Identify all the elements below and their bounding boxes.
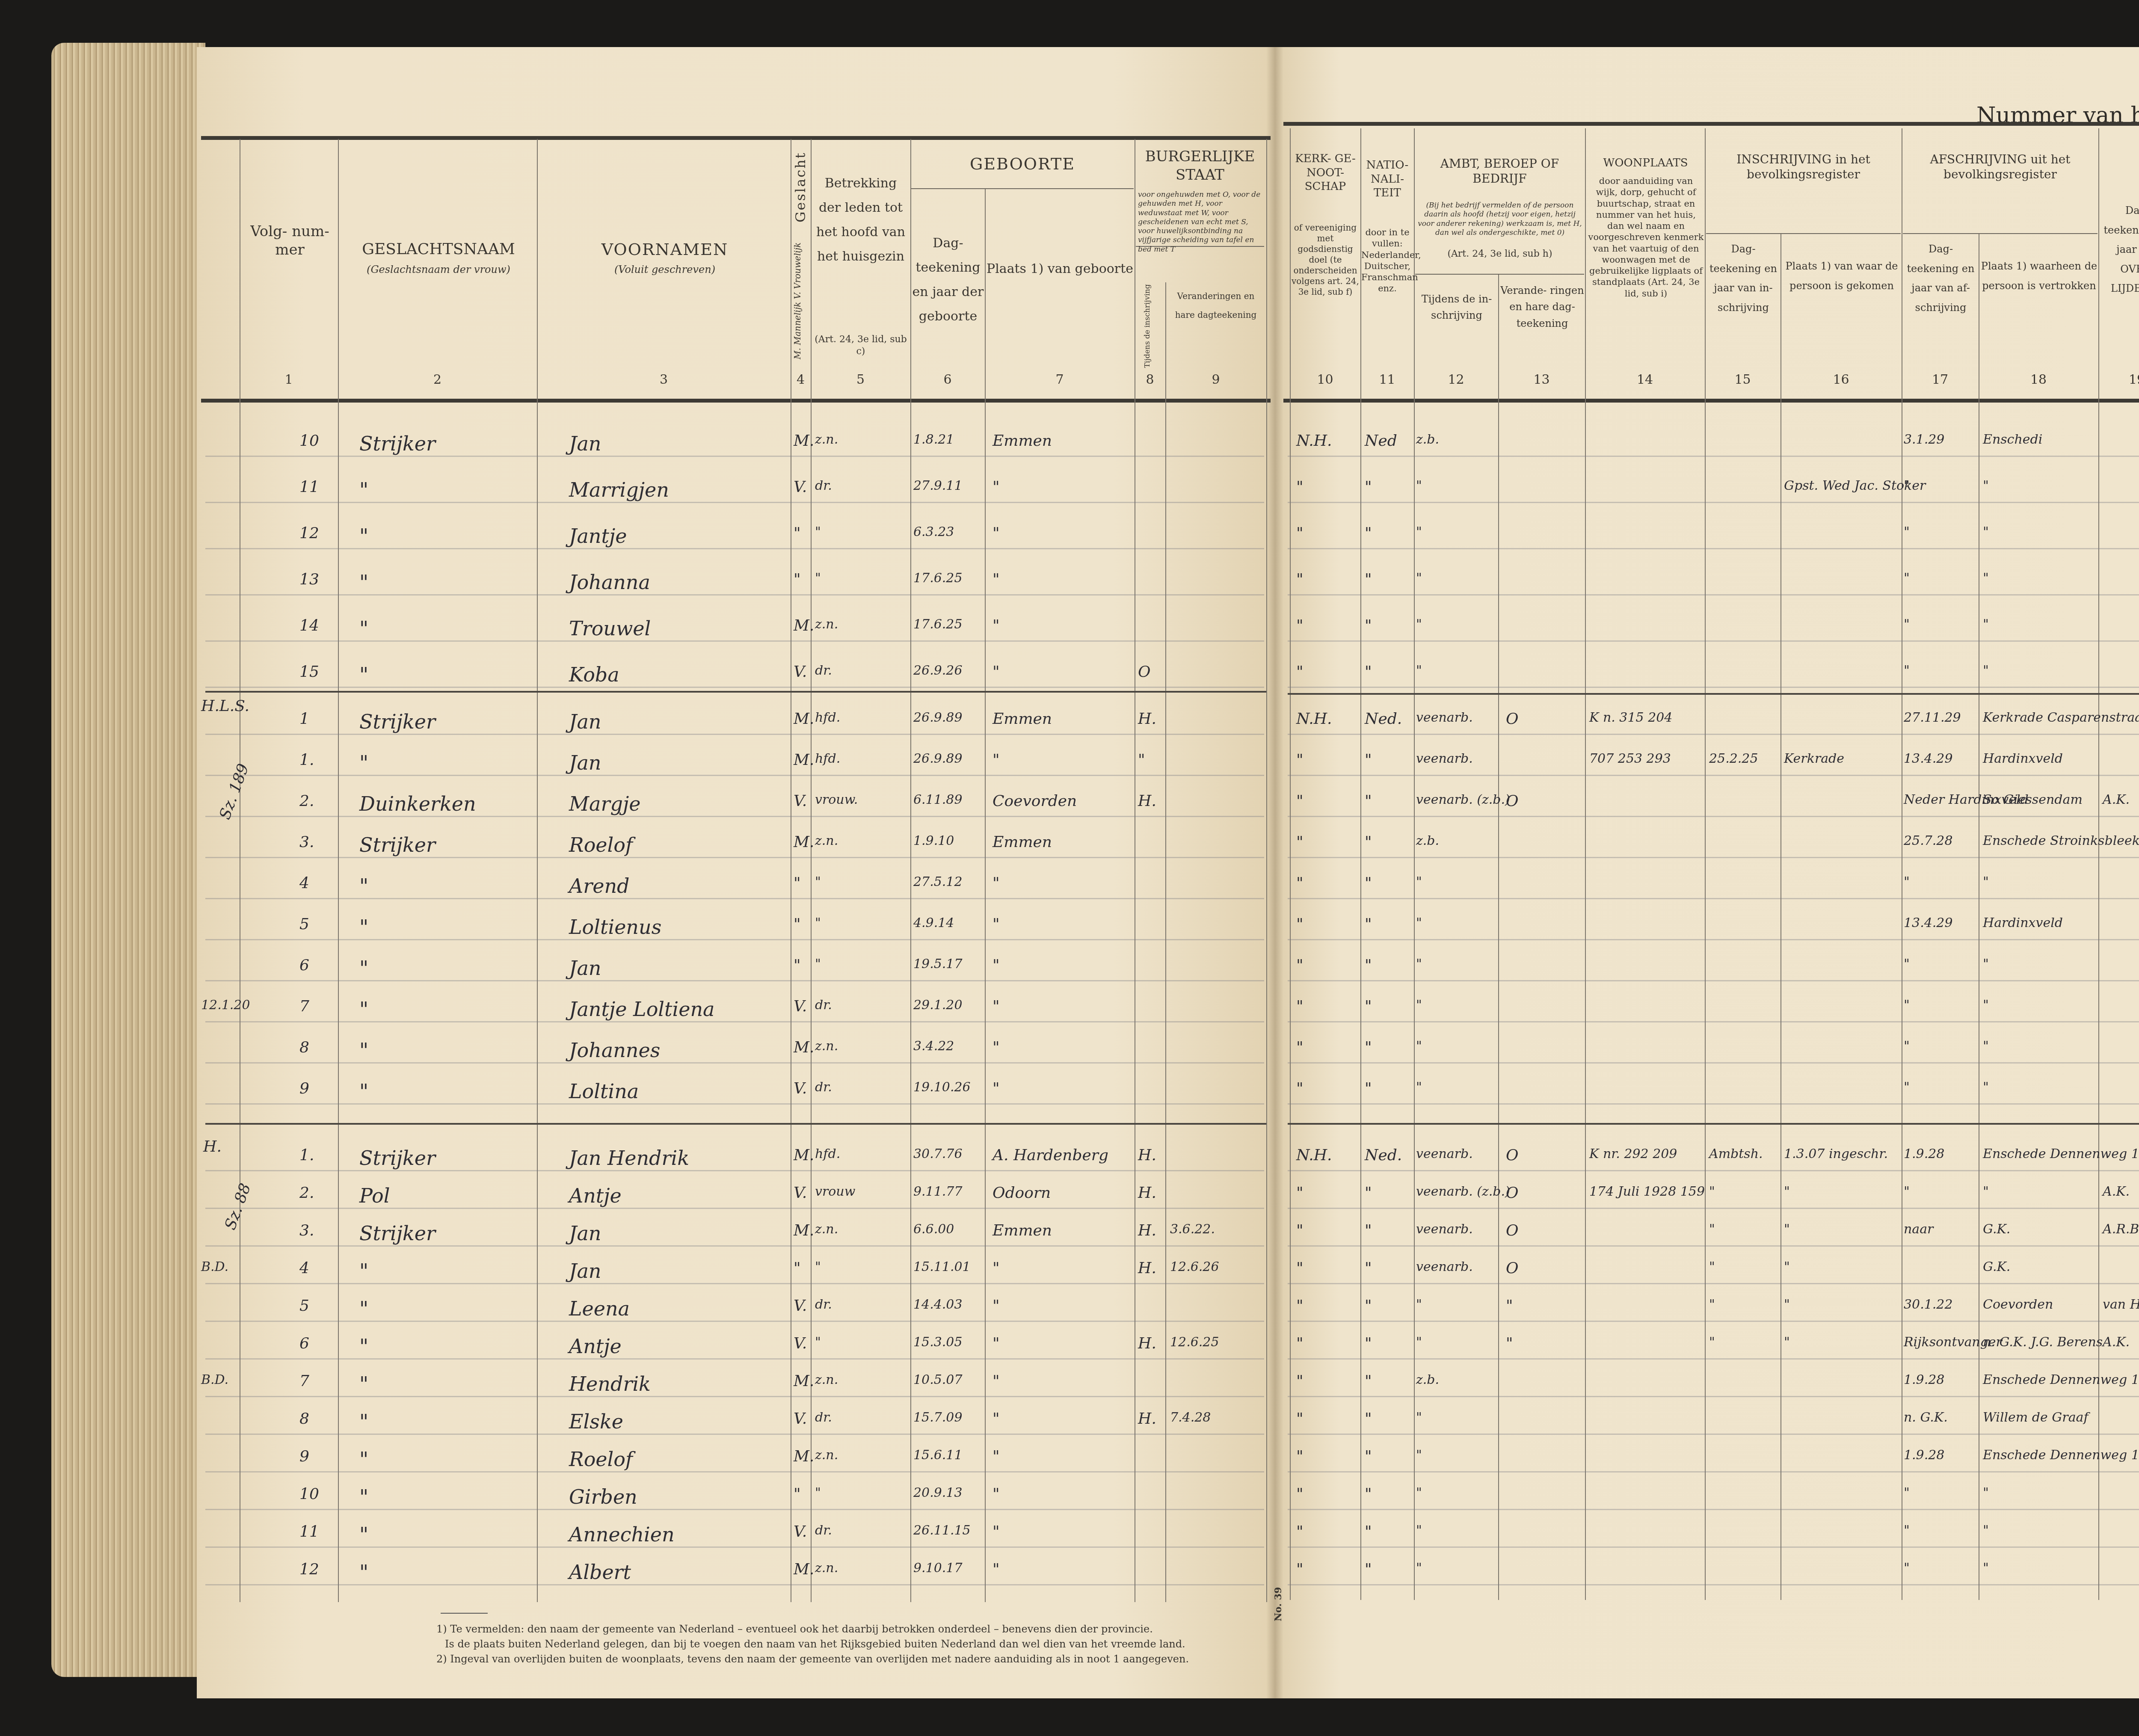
ruled-line: [1288, 1358, 2139, 1360]
cell-bs-ch: 7.4.28: [1170, 1410, 1211, 1425]
cell-voornaam: Jan: [569, 432, 601, 455]
cell-born: 6.11.89: [913, 792, 963, 807]
cell-ambt: ": [1416, 874, 1422, 889]
col3-header: VOORNAMEN: [539, 240, 791, 260]
cell-af-to: ": [1983, 1485, 1989, 1500]
sheet-stamp: No. 39: [1273, 1587, 1284, 1621]
cell-born: 1.8.21: [913, 432, 954, 447]
col-number: 17: [1902, 372, 1979, 387]
ruled-line: [205, 1062, 1264, 1064]
cell-ins-from: ": [1784, 1335, 1790, 1350]
cell-place: ": [992, 1410, 1000, 1428]
col-number: 1: [240, 372, 338, 387]
cell-af-to: ": [1983, 1039, 1989, 1054]
col-number: 19: [2098, 372, 2139, 387]
cell-place: ": [992, 1523, 1000, 1540]
cell-rel: z.n.: [815, 1372, 838, 1387]
cell-rel: dr.: [815, 998, 832, 1013]
col5-header: Betrekking der leden tot het hoofd van h…: [812, 171, 910, 269]
col-number: 5: [811, 372, 910, 387]
cell-born: 6.3.23: [913, 524, 954, 539]
cell-nr: 3.: [299, 1222, 314, 1239]
ruled-line: [205, 734, 1264, 735]
cell-woon: 707 253 293: [1589, 751, 1671, 766]
cell-kerk: ": [1296, 1184, 1304, 1202]
cell-death: van Heutszsingel 35: [2103, 1297, 2139, 1312]
cell-af-date: ": [1904, 1561, 1910, 1576]
cell-voornaam: Jan: [569, 1222, 601, 1245]
ruled-line: [205, 456, 1264, 457]
cell-born: 26.9.26: [913, 663, 963, 678]
margin-note: H.: [203, 1138, 222, 1155]
cell-nr: 10: [299, 1485, 319, 1503]
col-number: 2: [338, 372, 537, 387]
cell-kerk: N.H.: [1296, 432, 1332, 450]
cell-nat: ": [1365, 1372, 1372, 1390]
cell-nr: 7: [299, 1372, 309, 1390]
ruled-line: [1288, 1546, 2139, 1548]
cell-sex: V.: [794, 478, 807, 496]
cell-bs-ch: 12.6.26: [1170, 1259, 1219, 1274]
cell-place: ": [992, 1335, 1000, 1352]
cell-born: 20.9.13: [913, 1485, 963, 1500]
cell-achternaam: Strijker: [359, 432, 436, 455]
cell-nat: ": [1365, 1448, 1372, 1465]
cell-ambt: ": [1416, 1410, 1422, 1425]
cell-ambt: ": [1416, 524, 1422, 539]
cell-af-date: ": [1904, 617, 1910, 632]
cell-af-date: ": [1904, 1485, 1910, 1500]
col16-header: Plaats 1) van waar de persoon is gekomen: [1782, 257, 1902, 296]
cell-ambt: ": [1416, 1523, 1422, 1538]
col1-header: Volg- num- mer: [242, 222, 338, 259]
col-number: 11: [1360, 372, 1414, 387]
cell-kerk: ": [1296, 1222, 1304, 1239]
cell-ambt-ch: O: [1506, 792, 1519, 810]
cell-kerk: ": [1296, 1080, 1304, 1097]
col18-header: Plaats 1) waarheen de persoon is vertrok…: [1980, 257, 2098, 296]
cell-rel: dr.: [815, 478, 832, 493]
cell-nat: Ned.: [1365, 1146, 1402, 1164]
cell-born: 3.4.22: [913, 1039, 954, 1054]
cell-ambt: ": [1416, 915, 1422, 930]
cell-place: ": [992, 915, 1000, 933]
cell-af-date: ": [1904, 874, 1910, 889]
cell-achternaam: Duinkerken: [359, 792, 476, 815]
cell-ambt: ": [1416, 998, 1422, 1013]
cell-voornaam: Jan: [569, 1259, 601, 1283]
cell-rel: hfd.: [815, 710, 840, 725]
cell-ambt: ": [1416, 478, 1422, 493]
col-number: 15: [1705, 372, 1781, 387]
cell-nat: Ned: [1365, 432, 1397, 450]
cell-born: 26.9.89: [913, 710, 963, 725]
inschrijving-group-header: INSCHRIJVING in het bevolkingsregister: [1706, 152, 1901, 182]
cell-rel: z.n.: [815, 1039, 838, 1054]
cell-sex: M.: [794, 1222, 814, 1239]
cell-ins-date: ": [1709, 1184, 1715, 1199]
cell-rel: ": [815, 1485, 821, 1500]
cell-place: ": [992, 1561, 1000, 1578]
cell-af-date: ": [1904, 524, 1910, 539]
cell-nr: 5: [299, 1297, 309, 1315]
cell-bs: O: [1138, 663, 1151, 681]
col-number: 3: [537, 372, 791, 387]
cell-nat: ": [1365, 751, 1372, 769]
cell-ambt: ": [1416, 957, 1422, 972]
cell-nr: 12: [299, 1561, 319, 1578]
cell-kerk: ": [1296, 1259, 1304, 1277]
cell-voornaam: Jantje: [569, 524, 627, 548]
cell-achternaam: ": [359, 998, 368, 1021]
col11-header: NATIO- NALI- TEIT: [1361, 158, 1413, 200]
ruled-line: [1288, 857, 2139, 858]
cell-sex: ": [794, 524, 801, 542]
cell-born: 17.6.25: [913, 571, 963, 586]
cell-rel: hfd.: [815, 1146, 840, 1161]
cell-voornaam: Johanna: [569, 571, 650, 594]
cell-af-to: ": [1983, 617, 1989, 632]
ruled-line: [205, 980, 1264, 981]
cell-af-to: n. G.K. J.G. Berens: [1983, 1335, 2103, 1350]
cell-voornaam: Margje: [569, 792, 640, 815]
ruled-line: [1288, 980, 2139, 981]
cell-rel: dr.: [815, 1297, 832, 1312]
cell-nr: 7: [299, 998, 309, 1015]
cell-achternaam: Strijker: [359, 833, 436, 856]
footnote-1b: Is de plaats buiten Nederland gelegen, d…: [445, 1636, 1258, 1652]
cell-af-to: Enschede Dennenweg 11: [1983, 1372, 2139, 1387]
cell-bs: H.: [1138, 1222, 1156, 1239]
col-number: 16: [1781, 372, 1902, 387]
cell-voornaam: Marrigjen: [569, 478, 669, 501]
col4-subheader: M. Mannelijk V. Vrouwelijk: [792, 243, 803, 359]
cell-nr: 1.: [299, 751, 314, 769]
cell-nr: 3.: [299, 833, 314, 851]
cell-af-to: Enschede Dennenweg 11: [1983, 1448, 2139, 1463]
ruled-line: [1288, 640, 2139, 642]
col13-header: Verande- ringen en hare dag- teekening: [1499, 282, 1585, 332]
cell-af-to: ": [1983, 1080, 1989, 1095]
cell-nr: 1: [299, 710, 309, 728]
cell-voornaam: Arend: [569, 874, 630, 898]
col-number: 14: [1585, 372, 1705, 387]
col5-subheader: (Art. 24, 3e lid, sub c): [812, 334, 910, 357]
cell-achternaam: ": [359, 874, 368, 898]
cell-achternaam: ": [359, 1372, 368, 1395]
cell-place: Coevorden: [992, 792, 1077, 810]
cell-af-date: n. G.K.: [1904, 1410, 1948, 1425]
cell-achternaam: ": [359, 1448, 368, 1471]
col-number: 18: [1979, 372, 2098, 387]
cell-achternaam: ": [359, 1297, 368, 1320]
cell-rel: z.n.: [815, 1448, 838, 1463]
cell-voornaam: Johannes: [569, 1039, 660, 1062]
cell-rel: ": [815, 571, 821, 586]
cell-ambt-ch: O: [1506, 1146, 1519, 1164]
cell-kerk: ": [1296, 571, 1304, 588]
cell-nat: ": [1365, 833, 1372, 851]
cell-af-to: ": [1983, 1184, 1989, 1199]
col2-subheader: (Geslachtsnaam der vrouw): [340, 263, 537, 276]
cell-af-to: ": [1983, 571, 1989, 586]
cell-af-date: ": [1904, 478, 1910, 493]
cell-born: 1.9.10: [913, 833, 954, 848]
cell-nr: 15: [299, 663, 319, 681]
cell-place: Emmen: [992, 1222, 1052, 1239]
col-number: 12: [1414, 372, 1498, 387]
cell-achternaam: Pol: [359, 1184, 390, 1207]
cell-kerk: ": [1296, 524, 1304, 542]
cell-af-date: ": [1904, 957, 1910, 972]
cell-place: ": [992, 751, 1000, 769]
cell-af-date: 13.4.29: [1904, 915, 1953, 930]
cell-bs: H.: [1138, 1184, 1156, 1202]
ruled-line: [1288, 1021, 2139, 1022]
book-gutter: [1266, 47, 1283, 1698]
cell-ambt: veenarb.: [1416, 751, 1473, 766]
cell-achternaam: ": [359, 1561, 368, 1584]
col9-header: Veranderingen en hare dagteekening: [1167, 287, 1265, 324]
cell-af-to: ": [1983, 957, 1989, 972]
cell-achternaam: ": [359, 1485, 368, 1508]
cell-kerk: ": [1296, 998, 1304, 1015]
cell-ambt: ": [1416, 1485, 1422, 1500]
cell-af-to: ": [1983, 478, 1989, 493]
cell-sex: ": [794, 915, 801, 933]
cell-af-to: G.K.: [1983, 1222, 2010, 1237]
cell-ins-from: ": [1784, 1184, 1790, 1199]
cell-achternaam: ": [359, 915, 368, 939]
cell-achternaam: Strijker: [359, 1222, 436, 1245]
cell-nat: ": [1365, 663, 1372, 681]
cell-af-to: Hardinxveld: [1983, 751, 2063, 766]
cell-born: 26.11.15: [913, 1523, 971, 1538]
cell-nr: 14: [299, 617, 319, 634]
cell-rel: hfd.: [815, 751, 840, 766]
col4-header: Geslacht: [792, 151, 809, 222]
ruled-line: [205, 640, 1264, 642]
cell-af-to: Hardinxveld: [1983, 915, 2063, 930]
cell-born: 19.5.17: [913, 957, 963, 972]
cell-sex: M.: [794, 1448, 814, 1465]
cell-achternaam: ": [359, 478, 368, 501]
cell-nr: 2.: [299, 1184, 314, 1202]
ruled-line: [1288, 1434, 2139, 1435]
cell-place: ": [992, 998, 1000, 1015]
cell-voornaam: Hendrik: [569, 1372, 651, 1395]
afschrijving-divider: [1903, 233, 2098, 234]
cell-nat: ": [1365, 1523, 1372, 1540]
cell-woon: K n. 315 204: [1589, 710, 1672, 725]
ruled-line: [1288, 1208, 2139, 1209]
cell-voornaam: Elske: [569, 1410, 623, 1433]
cell-af-date: 1.9.28: [1904, 1372, 1944, 1387]
cell-rel: dr.: [815, 1080, 832, 1095]
ruled-line: [1288, 502, 2139, 503]
cell-nat: ": [1365, 1410, 1372, 1428]
cell-rel: ": [815, 915, 821, 930]
header-bottom-border-right: [1283, 399, 2139, 403]
cell-sex: V.: [794, 998, 807, 1015]
cell-achternaam: Strijker: [359, 1146, 436, 1170]
cell-place: A. Hardenberg: [992, 1146, 1108, 1164]
col10-subheader: of vereeniging met godsdienstig doel (te…: [1291, 222, 1360, 297]
ruled-line: [1288, 548, 2139, 549]
cell-ambt-ch: ": [1506, 1335, 1513, 1352]
cell-af-date: 27.11.29: [1904, 710, 1961, 725]
ruled-line: [205, 1103, 1264, 1105]
cell-place: ": [992, 1485, 1000, 1503]
cell-sex: M.: [794, 617, 814, 634]
cell-rel: dr.: [815, 663, 832, 678]
header-top-border-right: [1283, 122, 2139, 126]
cell-sex: M.: [794, 1146, 814, 1164]
col-number: 9: [1165, 372, 1266, 387]
cell-ins-date: ": [1709, 1297, 1715, 1312]
cell-kerk: N.H.: [1296, 710, 1332, 728]
cell-place: ": [992, 478, 1000, 496]
cell-kerk: ": [1296, 1039, 1304, 1056]
cell-place: ": [992, 874, 1000, 892]
cell-ambt: veenarb.: [1416, 1222, 1473, 1237]
cell-rel: z.n.: [815, 1561, 838, 1576]
cell-sex: ": [794, 1259, 801, 1277]
cell-kerk: ": [1296, 957, 1304, 974]
cell-af-to: Enschedi: [1983, 432, 2042, 447]
cell-ins-date: 25.2.25: [1709, 751, 1758, 766]
cell-kerk: ": [1296, 792, 1304, 810]
cell-af-date: 1.9.28: [1904, 1448, 1944, 1463]
cell-place: ": [992, 1080, 1000, 1097]
cell-af-to: ": [1983, 1561, 1989, 1576]
cell-kerk: ": [1296, 1523, 1304, 1540]
ruled-line: [205, 816, 1264, 817]
cell-achternaam: ": [359, 571, 368, 594]
cell-nr: 8: [299, 1039, 309, 1056]
cell-sex: M.: [794, 432, 814, 450]
cell-born: 30.7.76: [913, 1146, 963, 1161]
header-top-border-left: [201, 136, 1271, 140]
ruled-line: [205, 775, 1264, 776]
cell-kerk: ": [1296, 617, 1304, 634]
cell-sex: M.: [794, 710, 814, 728]
cell-sex: V.: [794, 663, 807, 681]
cell-nr: 8: [299, 1410, 309, 1428]
cell-sex: M.: [794, 751, 814, 769]
cell-nat: Ned.: [1365, 710, 1402, 728]
cell-sex: V.: [794, 1184, 807, 1202]
ruled-line: [205, 548, 1264, 549]
ruled-line: [205, 1509, 1264, 1510]
cell-ambt: veenarb. (z.b.): [1416, 792, 1510, 807]
cell-af-to: Enschede Stroinksbleekweg 41: [1983, 833, 2139, 848]
margin-note: H.L.S.: [201, 697, 249, 715]
ruled-line: [1288, 1321, 2139, 1322]
cell-achternaam: Strijker: [359, 710, 436, 733]
cell-nr: 11: [299, 478, 319, 496]
cell-ins-date: Ambtsh.: [1709, 1146, 1763, 1161]
ruled-line: [1288, 1283, 2139, 1284]
cell-nr: 4: [299, 874, 309, 892]
cell-born: 26.9.89: [913, 751, 963, 766]
cell-ambt: ": [1416, 1448, 1422, 1463]
ambt-ref: (Art. 24, 3e lid, sub h): [1417, 248, 1583, 260]
ruled-line: [205, 1546, 1264, 1548]
cell-born: 15.3.05: [913, 1335, 963, 1350]
cell-kerk: ": [1296, 663, 1304, 681]
ruled-line: [205, 939, 1264, 940]
cell-born: 9.10.17: [913, 1561, 963, 1576]
cell-ambt-ch: ": [1506, 1297, 1513, 1315]
cell-bs-ch: 3.6.22.: [1170, 1222, 1215, 1237]
ruled-line: [205, 898, 1264, 899]
cell-voornaam: Girben: [569, 1485, 637, 1508]
margin-note: 12.1.20: [201, 998, 250, 1013]
cell-af-to: Willem de Graaf: [1983, 1410, 2089, 1425]
cell-nr: 4: [299, 1259, 309, 1277]
col2-header: GESLACHTSNAAM: [340, 240, 537, 259]
cell-bs-ch: 12.6.25: [1170, 1335, 1219, 1350]
cell-bs: ": [1138, 751, 1145, 769]
cell-af-date: 25.7.28: [1904, 833, 1953, 848]
cell-sex: M.: [794, 1039, 814, 1056]
cell-voornaam: Leena: [569, 1297, 630, 1320]
cell-born: 19.10.26: [913, 1080, 971, 1095]
page-edge-stack: [51, 43, 205, 1677]
cell-kerk: ": [1296, 874, 1304, 892]
cell-ambt: ": [1416, 1297, 1422, 1312]
cell-born: 15.11.01: [913, 1259, 971, 1274]
col15-header: Dag- teekening en jaar van in- schrijvin…: [1706, 240, 1781, 317]
cell-nat: ": [1365, 571, 1372, 588]
col3-subheader: (Voluit geschreven): [539, 263, 791, 276]
cell-place: ": [992, 617, 1000, 634]
cell-achternaam: ": [359, 1080, 368, 1103]
ruled-line: [1288, 1103, 2139, 1105]
cell-rel: z.n.: [815, 617, 838, 632]
cell-ambt: ": [1416, 663, 1422, 678]
cell-af-date: ": [1904, 998, 1910, 1013]
cell-af-date: 13.4.29: [1904, 751, 1953, 766]
cell-place: ": [992, 957, 1000, 974]
cell-rel: ": [815, 874, 821, 889]
cell-nat: ": [1365, 1222, 1372, 1239]
cell-kerk: ": [1296, 915, 1304, 933]
cell-woon: K nr. 292 209: [1589, 1146, 1677, 1161]
cell-nr: 9: [299, 1448, 309, 1465]
ruled-line: [1288, 775, 2139, 776]
cell-ambt: ": [1416, 1039, 1422, 1054]
cell-kerk: ": [1296, 833, 1304, 851]
cell-af-date: 1.9.28: [1904, 1146, 1944, 1161]
cell-place: ": [992, 1039, 1000, 1056]
cell-nat: ": [1365, 1080, 1372, 1097]
cell-achternaam: ": [359, 1523, 368, 1546]
cell-nr: 10: [299, 432, 319, 450]
col-number: 7: [985, 372, 1135, 387]
cell-born: 9.11.77: [913, 1184, 963, 1199]
col14-subheader: door aanduiding van wijk, dorp, gehucht …: [1587, 175, 1705, 299]
cell-death: A.R.B.K.: [2103, 1222, 2139, 1237]
cell-nat: ": [1365, 1184, 1372, 1202]
cell-voornaam: Roelof: [569, 833, 633, 856]
header-bottom-border-left: [201, 399, 1271, 403]
family-separator: [1288, 1123, 2139, 1125]
ruled-line: [1288, 1170, 2139, 1171]
col7-header: Plaats 1) van geboorte: [986, 257, 1134, 281]
cell-achternaam: ": [359, 1259, 368, 1283]
